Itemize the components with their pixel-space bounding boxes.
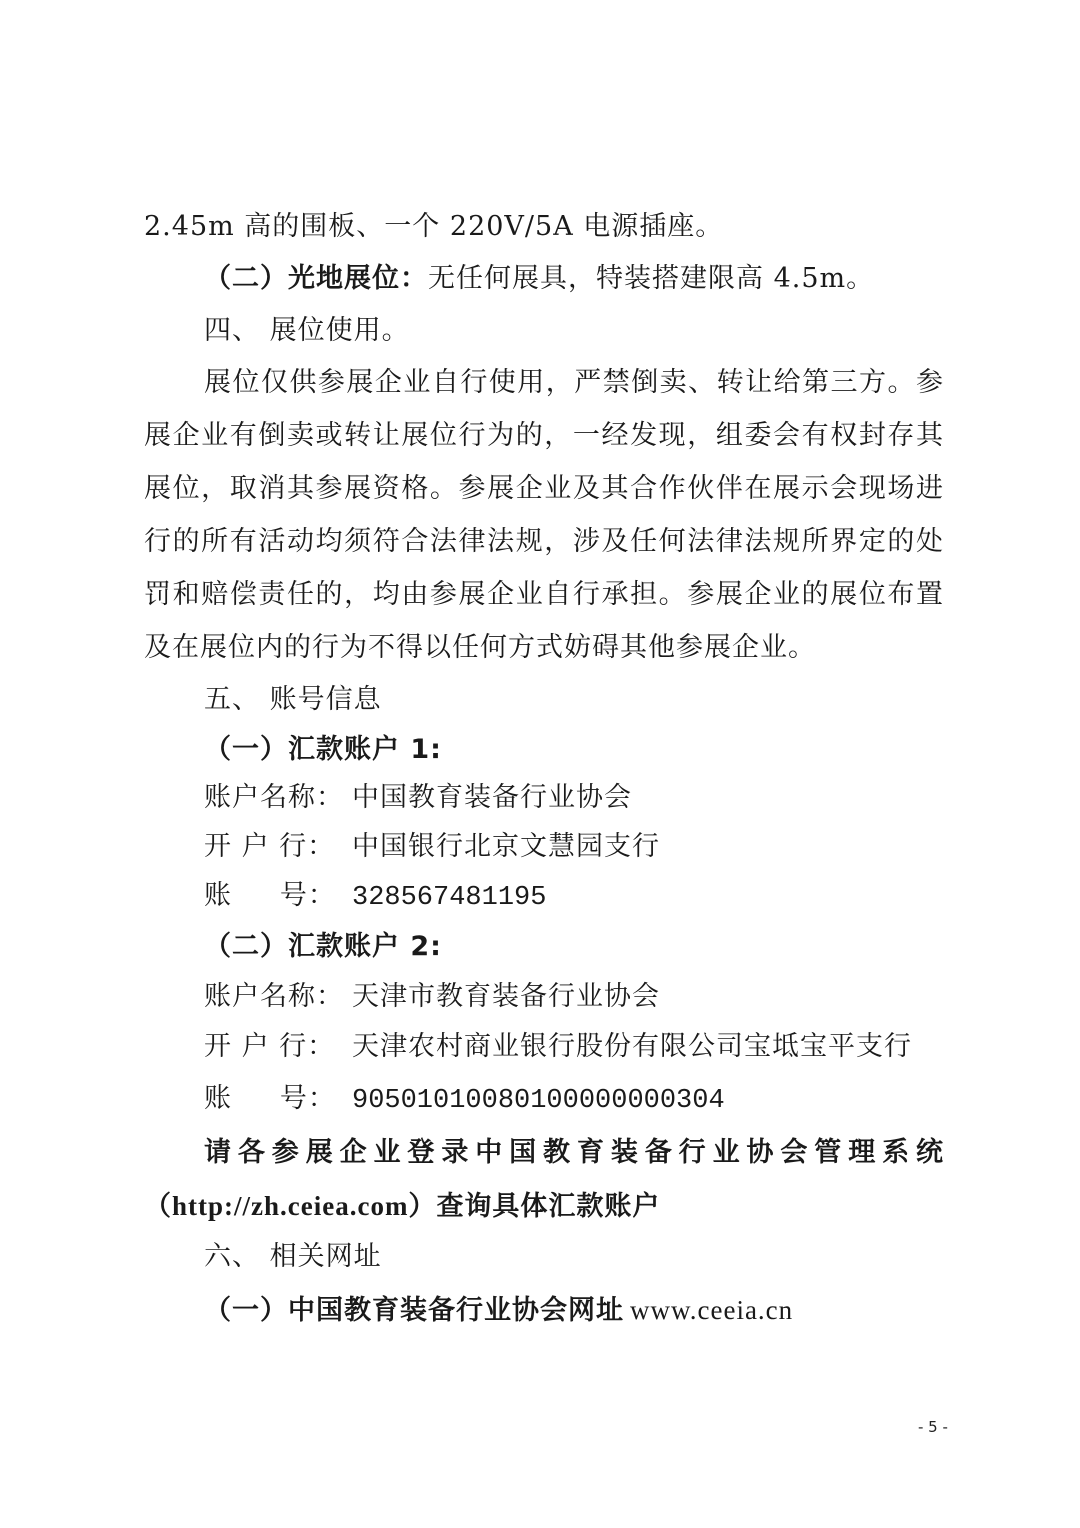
- account-number-label: 账 号：: [204, 879, 352, 913]
- account-number-value: 90501010080100000000304: [352, 1086, 725, 1116]
- bank-value: 天津农村商业银行股份有限公司宝坻宝平支行: [352, 1031, 912, 1062]
- paragraph-line: 展位仅供参展企业自行使用，严禁倒卖、转让给第三方。参: [204, 366, 944, 400]
- account-1-number-row: 账 号：328567481195: [204, 879, 546, 915]
- paragraph-line: 罚和赔偿责任的，均由参展企业自行承担。参展企业的展位布置: [144, 578, 944, 612]
- notice-line-2: （http://zh.ceiea.com）查询具体汇款账户: [144, 1189, 660, 1224]
- management-system-link[interactable]: （http://zh.ceiea.com）: [144, 1191, 436, 1221]
- account-2-title: （二）汇款账户 2:: [204, 930, 442, 964]
- account-2-bank-row: 开 户 行：天津农村商业银行股份有限公司宝坻宝平支行: [204, 1030, 912, 1064]
- section-6-heading: 六、 相关网址: [204, 1240, 382, 1274]
- paragraph-line: 行的所有活动均须符合法律法规，涉及任何法律法规所界定的处: [144, 525, 944, 559]
- paragraph-line: 展企业有倒卖或转让展位行为的，一经发现，组委会有权封存其: [144, 419, 944, 453]
- account-number-label: 账 号：: [204, 1082, 352, 1116]
- account-name-label: 账户名称：: [204, 980, 352, 1014]
- account-name-value: 天津市教育装备行业协会: [352, 981, 660, 1012]
- account-2-number-row: 账 号：90501010080100000000304: [204, 1082, 725, 1118]
- raw-space-booth-line: （二）光地展位：无任何展具，特装搭建限高 4.5m。: [204, 262, 874, 296]
- page-number: - 5 -: [918, 1418, 948, 1436]
- raw-space-booth-label: （二）光地展位：: [204, 263, 428, 294]
- paragraph-line: 及在展位内的行为不得以任何方式妨碍其他参展企业。: [144, 631, 816, 665]
- booth-spec-continuation: 2.45m 高的围板、一个 220V/5A 电源插座。: [144, 210, 723, 244]
- account-number-value: 328567481195: [352, 883, 546, 913]
- bank-label: 开 户 行：: [204, 830, 352, 864]
- section-5-heading: 五、 账号信息: [204, 683, 382, 717]
- account-2-name-row: 账户名称：天津市教育装备行业协会: [204, 980, 660, 1014]
- account-1-title: （一）汇款账户 1:: [204, 733, 442, 767]
- website-item-1: （一）中国教育装备行业协会网址www.ceeia.cn: [204, 1293, 793, 1328]
- account-name-label: 账户名称：: [204, 781, 352, 815]
- paragraph-line: 展位，取消其参展资格。参展企业及其合作伙伴在展示会现场进: [144, 472, 944, 506]
- ceeia-website-link[interactable]: www.ceeia.cn: [630, 1295, 793, 1325]
- bank-value: 中国银行北京文慧园支行: [352, 831, 660, 862]
- website-item-1-label: （一）中国教育装备行业协会网址: [204, 1295, 624, 1326]
- raw-space-booth-text: 无任何展具，特装搭建限高 4.5m。: [428, 263, 874, 294]
- account-name-value: 中国教育装备行业协会: [352, 782, 632, 813]
- document-page: 2.45m 高的围板、一个 220V/5A 电源插座。 （二）光地展位：无任何展…: [0, 0, 1080, 1528]
- notice-line-1: 请各参展企业登录中国教育装备行业协会管理系统: [204, 1136, 944, 1170]
- account-1-bank-row: 开 户 行：中国银行北京文慧园支行: [204, 830, 660, 864]
- bank-label: 开 户 行：: [204, 1030, 352, 1064]
- account-1-name-row: 账户名称：中国教育装备行业协会: [204, 781, 632, 815]
- notice-line-2-text: 查询具体汇款账户: [436, 1191, 660, 1222]
- section-4-heading: 四、 展位使用。: [204, 314, 410, 348]
